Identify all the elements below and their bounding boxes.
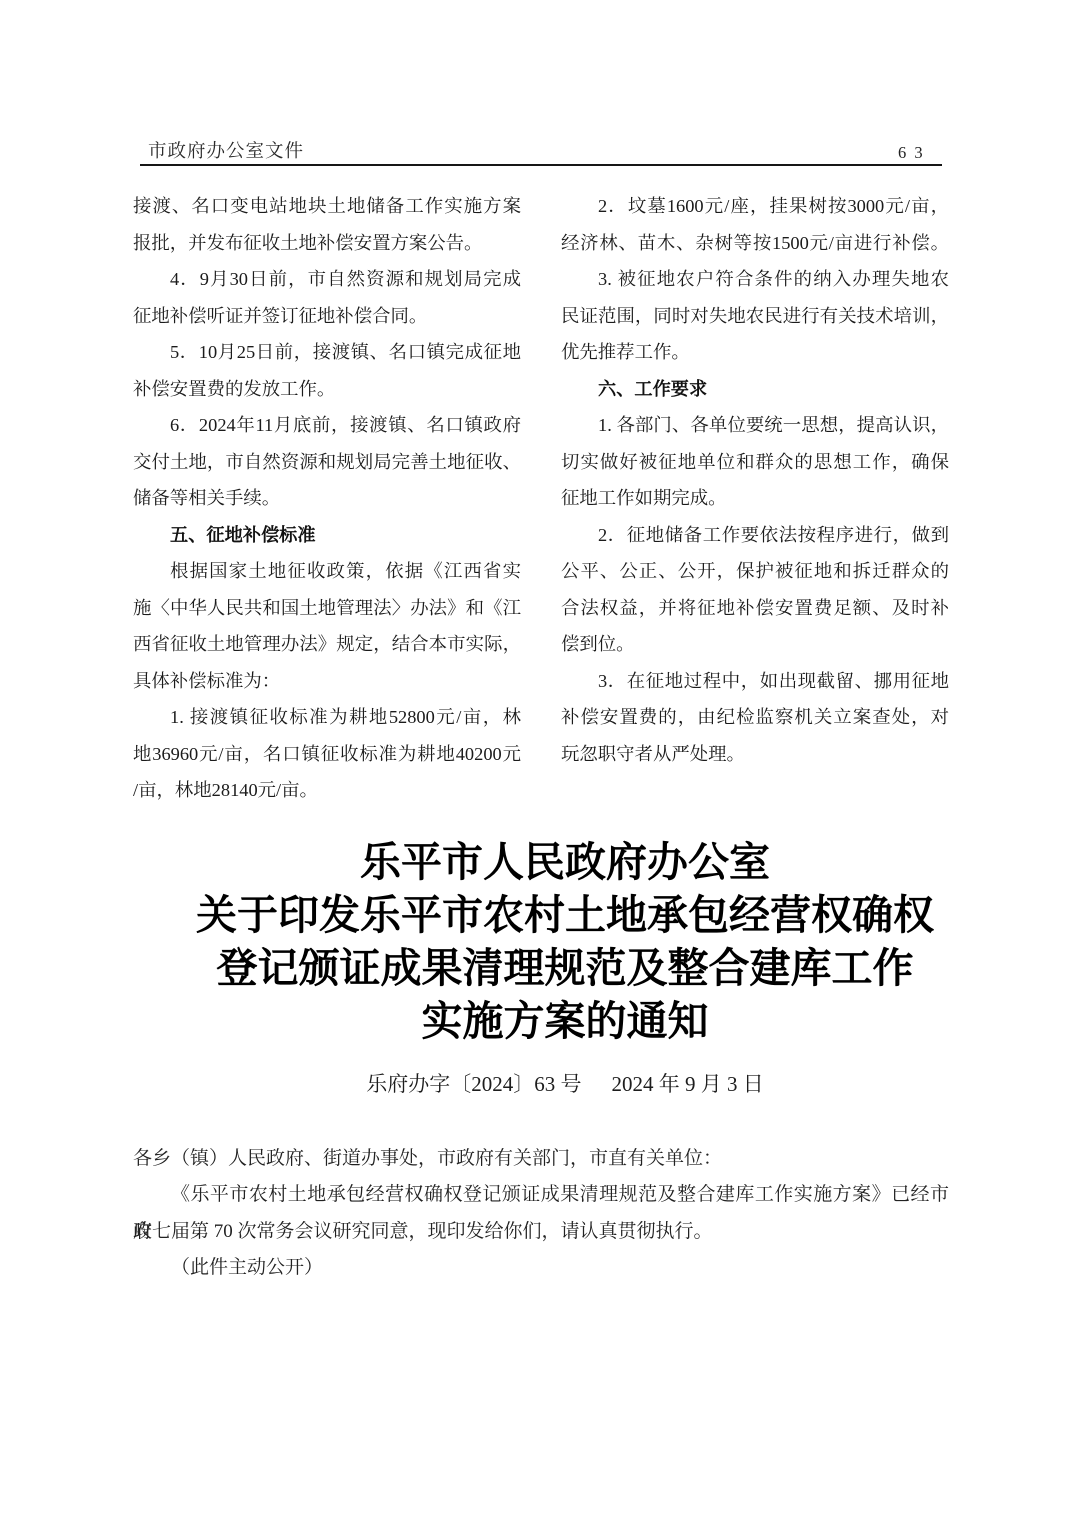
text-line: 《乐平市农村土地承包经营权确权登记颁证成果清理规范及整合建库工作实施方案》已经市… — [133, 1177, 949, 1213]
text-line: 地36960元/亩，名口镇征收标准为耕地40200元 — [133, 736, 521, 773]
document-page: 市政府办公室文件 6 3 接渡、名口变电站地块土地储备工作实施方案报批，并发布征… — [0, 0, 1074, 1520]
text-line: 玩忽职守者从严处理。 — [561, 736, 949, 773]
text-line: 各乡（镇）人民政府、街道办事处，市政府有关部门，市直有关单位： — [133, 1141, 949, 1177]
text-line: 优先推荐工作。 — [561, 334, 949, 371]
text-line: 2．坟墓1600元/座，挂果树按3000元/亩， — [561, 188, 949, 225]
text-line: 施〈中华人民共和国土地管理法〉办法》和《江 — [133, 590, 521, 627]
text-line: 接渡、名口变电站地块土地储备工作实施方案 — [133, 188, 521, 225]
text-line: 1. 各部门、各单位要统一思想，提高认识， — [561, 407, 949, 444]
text-line: 3. 被征地农户符合条件的纳入办理失地农 — [561, 261, 949, 298]
text-line: 切实做好被征地单位和群众的思想工作，确保 — [561, 444, 949, 481]
text-line: 6．2024年11月底前，接渡镇、名口镇政府 — [133, 407, 521, 444]
text-line: 登记颁证成果清理规范及整合建库工作 — [56, 942, 1074, 995]
text-line: 3．在征地过程中，如出现截留、挪用征地 — [561, 663, 949, 700]
text-line: 西省征收土地管理办法》规定，结合本市实际， — [133, 626, 521, 663]
text-line: 征地工作如期完成。 — [561, 480, 949, 517]
text-line: 关于印发乐平市农村土地承包经营权确权 — [56, 889, 1074, 942]
text-line: （此件主动公开） — [133, 1250, 949, 1286]
text-line: 合法权益，并将征地补偿安置费足额、及时补 — [561, 590, 949, 627]
doc-number: 乐府办字〔2024〕63 号 — [366, 1072, 581, 1096]
text-line: 1. 接渡镇征收标准为耕地52800元/亩，林 — [133, 699, 521, 736]
left-text-column: 接渡、名口变电站地块土地储备工作实施方案报批，并发布征收土地补偿安置方案公告。4… — [133, 188, 521, 809]
section-heading: 六、工作要求 — [561, 371, 949, 408]
text-line: 征地补偿听证并签订征地补偿合同。 — [133, 298, 521, 335]
text-line: 2．征地储备工作要依法按程序进行，做到 — [561, 517, 949, 554]
notice-body: 各乡（镇）人民政府、街道办事处，市政府有关部门，市直有关单位：《乐平市农村土地承… — [133, 1141, 949, 1286]
section-heading: 五、征地补偿标准 — [133, 517, 521, 554]
text-line: 储备等相关手续。 — [133, 480, 521, 517]
text-line: 根据国家土地征收政策，依据《江西省实 — [133, 553, 521, 590]
header-doc-type-label: 市政府办公室文件 — [148, 137, 304, 163]
right-text-column: 2．坟墓1600元/座，挂果树按3000元/亩，经济林、苗木、杂树等按1500元… — [561, 188, 949, 772]
text-line: 具体补偿标准为： — [133, 663, 521, 700]
text-line: 经济林、苗木、杂树等按1500元/亩进行补偿。 — [561, 225, 949, 262]
doc-date: 2024 年 9 月 3 日 — [612, 1072, 764, 1096]
text-line: 交付土地，市自然资源和规划局完善土地征收、 — [133, 444, 521, 481]
text-line: 乐平市人民政府办公室 — [56, 836, 1074, 889]
text-line: 4．9月30日前，市自然资源和规划局完成 — [133, 261, 521, 298]
text-line: 民证范围，同时对失地农民进行有关技术培训， — [561, 298, 949, 335]
notice-title: 乐平市人民政府办公室关于印发乐平市农村土地承包经营权确权登记颁证成果清理规范及整… — [56, 836, 1074, 1048]
text-line: 补偿安置费的，由纪检监察机关立案查处，对 — [561, 699, 949, 736]
page-number: 6 3 — [898, 143, 948, 163]
text-line: /亩，林地28140元/亩。 — [133, 772, 521, 809]
text-line: 5．10月25日前，接渡镇、名口镇完成征地 — [133, 334, 521, 371]
text-line: 报批，并发布征收土地补偿安置方案公告。 — [133, 225, 521, 262]
text-line: 公平、公正、公开，保护被征地和拆迁群众的 — [561, 553, 949, 590]
doc-number-date-line: 乐府办字〔2024〕63 号2024 年 9 月 3 日 — [56, 1068, 1074, 1098]
text-line: 府七届第 70 次常务会议研究同意，现印发给你们，请认真贯彻执行。 — [133, 1214, 949, 1250]
text-line: 补偿安置费的发放工作。 — [133, 371, 521, 408]
text-line: 实施方案的通知 — [56, 995, 1074, 1048]
text-line: 偿到位。 — [561, 626, 949, 663]
header-rule-divider — [140, 164, 942, 166]
